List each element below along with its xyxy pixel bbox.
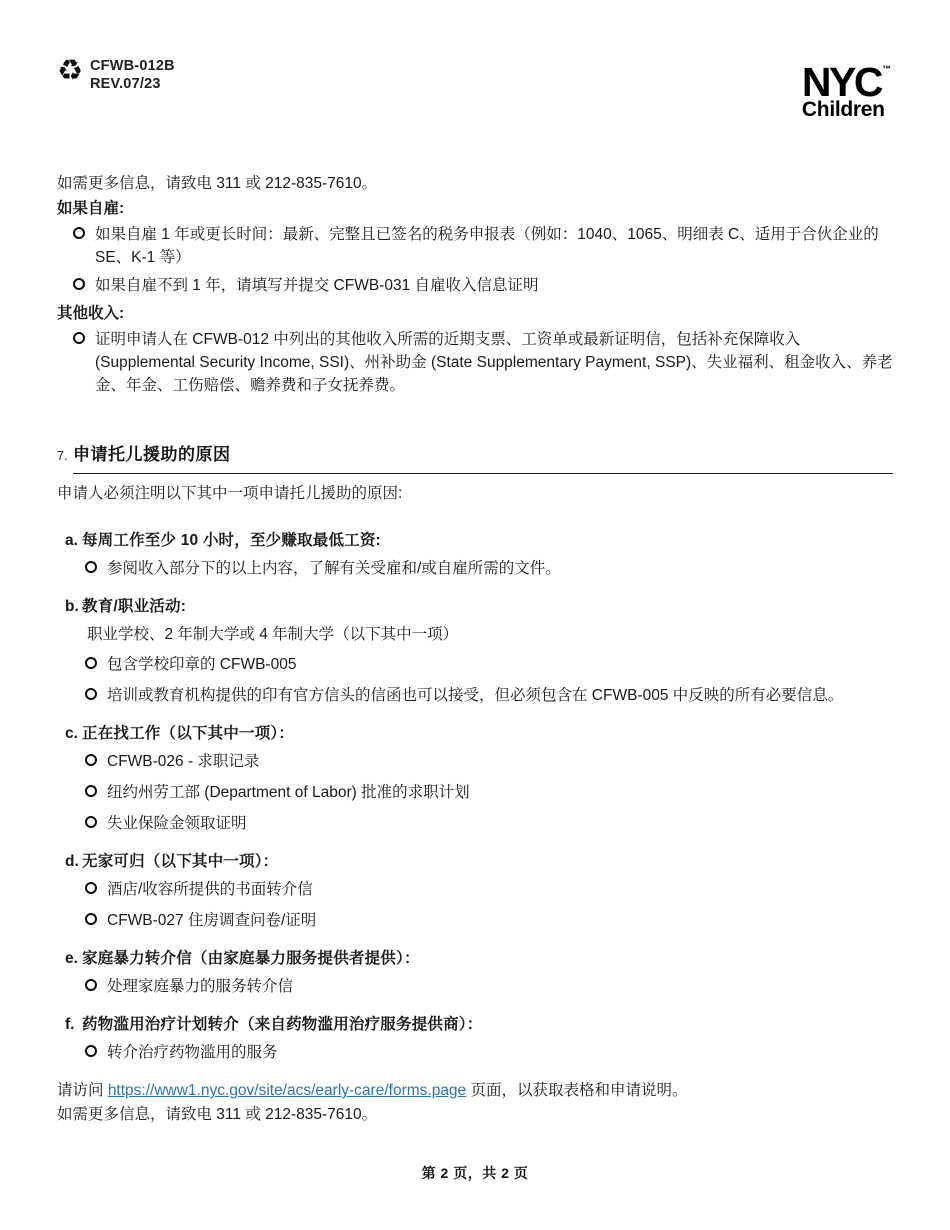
option-row: 酒店/收容所提供的书面转介信	[85, 878, 893, 901]
section-divider	[73, 473, 893, 474]
trademark-symbol: ™	[882, 64, 891, 74]
option-label: 培训或教育机构提供的印有官方信头的信函也可以接受，但必须包含在 CFWB-005…	[107, 684, 893, 707]
subsection-a-working: a. 每周工作至少 10 小时，至少赚取最低工资: 参阅收入部分下的以上内容，了…	[57, 529, 893, 580]
option-row: 纽约州劳工部 (Department of Labor) 批准的求职计划	[85, 781, 893, 804]
subsection-b-education: b. 教育/职业活动: 职业学校、2 年制大学或 4 年制大学（以下其中一项） …	[57, 595, 893, 707]
page-footer: 请访问 https://www1.nyc.gov/site/acs/early-…	[57, 1079, 893, 1127]
visit-prefix-text: 请访问	[57, 1082, 108, 1099]
recycle-icon: ♻	[57, 56, 83, 86]
radio-circle-icon[interactable]	[73, 278, 85, 290]
section-7-header: 7. 申请托儿援助的原因	[57, 443, 893, 468]
radio-circle-icon[interactable]	[85, 785, 97, 797]
subsection-heading: 正在找工作（以下其中一项）：	[82, 722, 294, 745]
self-employed-heading: 如果自雇:	[57, 197, 893, 220]
subsection-heading: 家庭暴力转介信（由家庭暴力服务提供者提供）：	[82, 947, 420, 970]
subsection-letter: b.	[65, 595, 82, 618]
option-label: 证明申请人在 CFWB-012 中列出的其他收入所需的近期支票、工资单或最新证明…	[95, 328, 893, 397]
option-label: 包含学校印章的 CFWB-005	[107, 653, 893, 676]
option-label: 如果自雇 1 年或更长时间：最新、完整且已签名的税务申报表（例如：1040、10…	[95, 223, 893, 269]
option-row: 如果自雇 1 年或更长时间：最新、完整且已签名的税务申报表（例如：1040、10…	[73, 223, 893, 269]
subsection-heading: 教育/职业活动:	[82, 595, 186, 618]
form-code: CFWB-012B	[90, 58, 175, 76]
subsection-f-substance-abuse: f. 药物滥用治疗计划转介（来自药物滥用治疗服务提供商）： 转介治疗药物滥用的服…	[57, 1013, 893, 1064]
option-row: 证明申请人在 CFWB-012 中列出的其他收入所需的近期支票、工资单或最新证明…	[73, 328, 893, 397]
subsection-d-homeless: d. 无家可归（以下其中一项）： 酒店/收容所提供的书面转介信 CFWB-027…	[57, 850, 893, 932]
option-row: CFWB-027 住房调查问卷/证明	[85, 909, 893, 932]
nyc-children-logo: NYC™ Children	[802, 52, 891, 121]
more-info-line: 如需更多信息，请致电 311 或 212-835-7610。	[57, 172, 893, 195]
section-intro: 申请人必须注明以下其中一项申请托儿援助的原因:	[57, 482, 893, 505]
radio-circle-icon[interactable]	[85, 561, 97, 573]
more-info-line: 如需更多信息，请致电 311 或 212-835-7610。	[57, 1103, 893, 1127]
option-label: 参阅收入部分下的以上内容，了解有关受雇和/或自雇所需的文件。	[107, 557, 893, 580]
option-row: 包含学校印章的 CFWB-005	[85, 653, 893, 676]
option-label: 失业保险金领取证明	[107, 812, 893, 835]
subsection-heading: 每周工作至少 10 小时，至少赚取最低工资:	[82, 529, 381, 552]
other-income-heading: 其他收入:	[57, 302, 893, 325]
section-7-reason-for-assistance: 7. 申请托儿援助的原因 申请人必须注明以下其中一项申请托儿援助的原因: a. …	[57, 443, 893, 1064]
option-row: 参阅收入部分下的以上内容，了解有关受雇和/或自雇所需的文件。	[85, 557, 893, 580]
option-label: 转介治疗药物滥用的服务	[107, 1041, 893, 1064]
radio-circle-icon[interactable]	[85, 816, 97, 828]
option-row: 培训或教育机构提供的印有官方信头的信函也可以接受，但必须包含在 CFWB-005…	[85, 684, 893, 707]
section-title: 申请托儿援助的原因	[73, 443, 231, 466]
page-header: ♻ CFWB-012B REV.07/23 NYC™ Children	[57, 58, 893, 112]
option-label: 处理家庭暴力的服务转介信	[107, 975, 893, 998]
page-number-indicator: 第 2 页，共 2 页	[0, 1163, 950, 1183]
option-label: 纽约州劳工部 (Department of Labor) 批准的求职计划	[107, 781, 893, 804]
radio-circle-icon[interactable]	[85, 979, 97, 991]
subsection-e-domestic-violence: e. 家庭暴力转介信（由家庭暴力服务提供者提供）： 处理家庭暴力的服务转介信	[57, 947, 893, 998]
forms-page-link[interactable]: https://www1.nyc.gov/site/acs/early-care…	[108, 1082, 466, 1099]
subsection-letter: e.	[65, 947, 82, 970]
subsection-letter: d.	[65, 850, 82, 873]
subsection-letter: a.	[65, 529, 82, 552]
option-label: 酒店/收容所提供的书面转介信	[107, 878, 893, 901]
section-number: 7.	[57, 445, 73, 468]
option-row: 转介治疗药物滥用的服务	[85, 1041, 893, 1064]
option-label: CFWB-027 住房调查问卷/证明	[107, 909, 893, 932]
radio-circle-icon[interactable]	[85, 1045, 97, 1057]
subsection-heading: 药物滥用治疗计划转介（来自药物滥用治疗服务提供商）：	[82, 1013, 482, 1036]
form-code-block: ♻ CFWB-012B REV.07/23	[57, 58, 175, 93]
subsection-heading: 无家可归（以下其中一项）：	[82, 850, 278, 873]
radio-circle-icon[interactable]	[85, 882, 97, 894]
option-label: 如果自雇不到 1 年，请填写并提交 CFWB-031 自雇收入信息证明	[95, 274, 893, 297]
subsection-letter: f.	[65, 1013, 82, 1036]
subsection-note: 职业学校、2 年制大学或 4 年制大学（以下其中一项）	[87, 623, 893, 646]
income-documents-section: 如需更多信息，请致电 311 或 212-835-7610。 如果自雇: 如果自…	[57, 172, 893, 397]
subsection-c-job-search: c. 正在找工作（以下其中一项）： CFWB-026 - 求职记录 纽约州劳工部…	[57, 722, 893, 835]
form-revision: REV.07/23	[90, 76, 175, 94]
document-page: ♻ CFWB-012B REV.07/23 NYC™ Children 如需更多…	[0, 0, 950, 1230]
radio-circle-icon[interactable]	[73, 332, 85, 344]
option-row: 失业保险金领取证明	[85, 812, 893, 835]
option-row: 处理家庭暴力的服务转介信	[85, 975, 893, 998]
subsection-letter: c.	[65, 722, 82, 745]
option-row: CFWB-026 - 求职记录	[85, 750, 893, 773]
option-label: CFWB-026 - 求职记录	[107, 750, 893, 773]
radio-circle-icon[interactable]	[73, 227, 85, 239]
radio-circle-icon[interactable]	[85, 754, 97, 766]
radio-circle-icon[interactable]	[85, 913, 97, 925]
visit-suffix-text: 页面，以获取表格和申请说明。	[466, 1082, 687, 1099]
option-row: 如果自雇不到 1 年，请填写并提交 CFWB-031 自雇收入信息证明	[73, 274, 893, 297]
logo-children-text: Children	[802, 99, 891, 121]
radio-circle-icon[interactable]	[85, 688, 97, 700]
radio-circle-icon[interactable]	[85, 657, 97, 669]
